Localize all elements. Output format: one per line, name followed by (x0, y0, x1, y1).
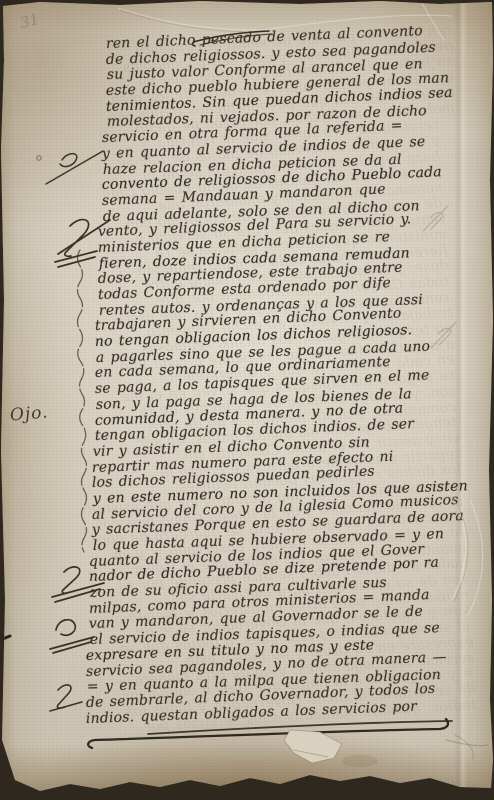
manuscript-text-block: ren el dicho pescado de venta al convent… (86, 37, 481, 727)
manuscript-photo: ren el dicho pescado de venta al convent… (0, 0, 494, 800)
folio-number-pencil: 31 (18, 10, 41, 32)
paper-sheet: ren el dicho pescado de venta al convent… (0, 0, 494, 800)
margin-annotation-ojo: Ojo. (9, 402, 49, 425)
torn-paper-patch (284, 730, 378, 767)
left-edge-ink-dash (0, 636, 10, 640)
